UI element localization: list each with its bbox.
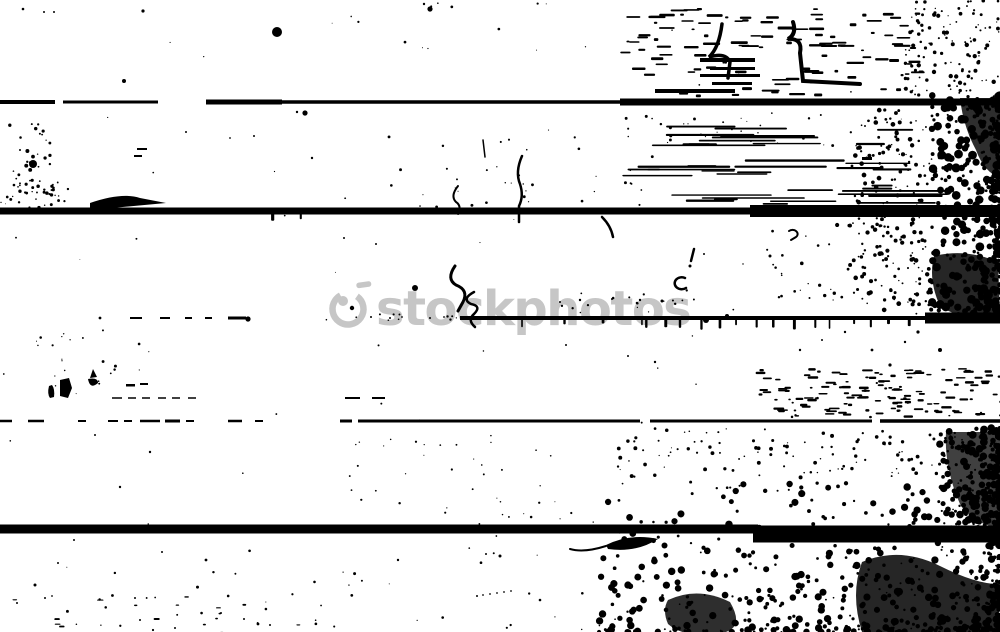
grunge-texture-image: stockphotos [0,0,1000,632]
grunge-ink-layer [0,0,1000,632]
stockphotos-watermark-text: stockphotos [376,281,690,337]
grunge-texture-svg: stockphotos [0,0,1000,632]
stockphotos-watermark: stockphotos [326,281,690,337]
stockphotos-logo-icon [326,281,371,331]
